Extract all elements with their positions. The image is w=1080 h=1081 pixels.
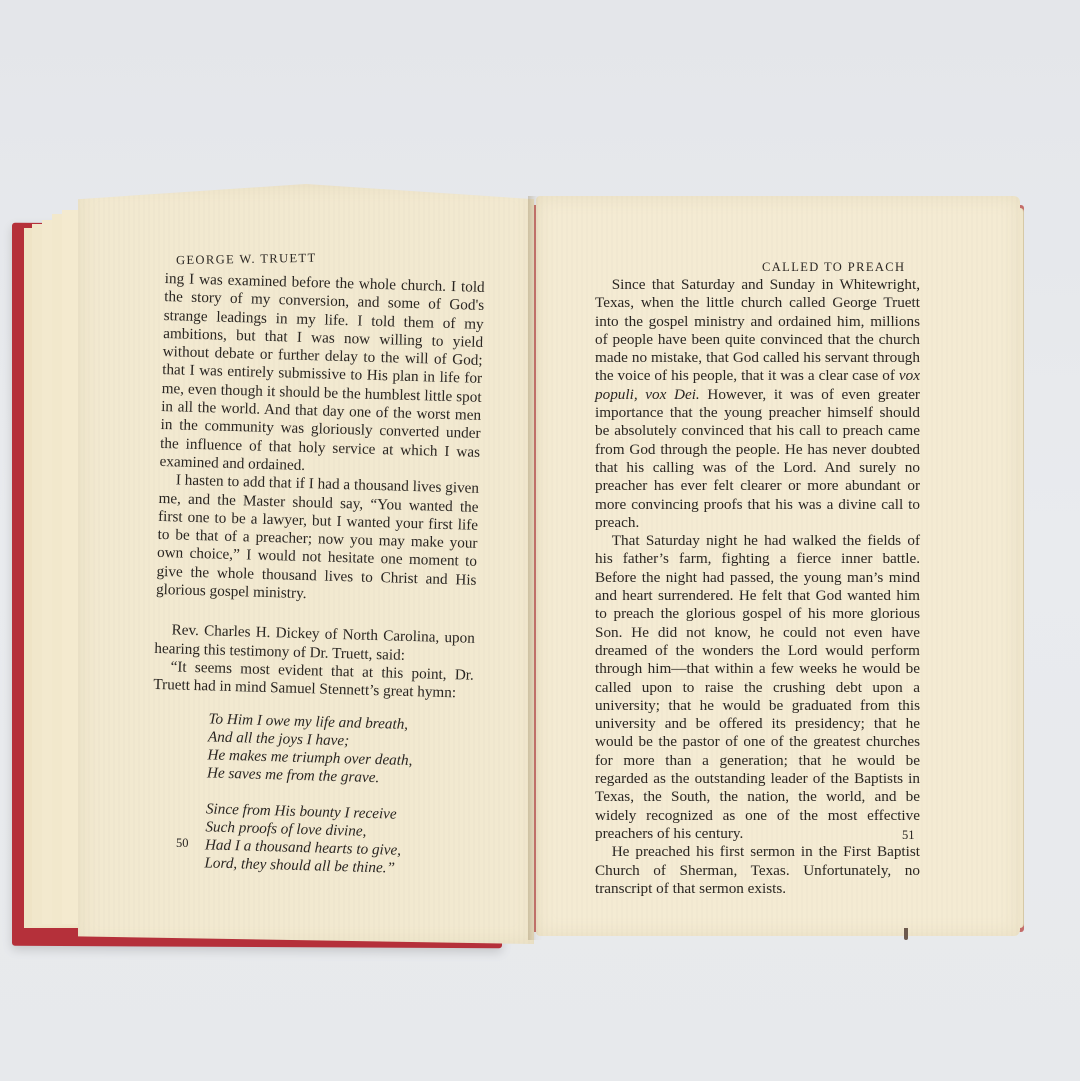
page-number-left: 50 [176, 836, 189, 851]
running-head-right: CALLED TO PREACH [762, 260, 905, 275]
left-page-text: ing I was examined before the whole chur… [148, 270, 485, 879]
paragraph: ing I was examined before the whole chur… [159, 270, 484, 480]
paragraph: He preached his first sermon in the Firs… [595, 843, 920, 898]
right-page-text: Since that Saturday and Sunday in Whitew… [595, 276, 920, 898]
running-head-left: GEORGE W. TRUETT [176, 251, 317, 268]
bookmark-ribbon [904, 928, 908, 940]
paragraph-text: However, it was of even greater importan… [595, 386, 920, 531]
paragraph-text: Since that Saturday and Sunday in Whitew… [595, 276, 920, 384]
hymn-verse: To Him I owe my life and breath, And all… [204, 710, 472, 879]
book-gutter [528, 196, 542, 940]
paragraph: I hasten to add that if I had a thousand… [156, 471, 479, 608]
paragraph: That Saturday night he had walked the fi… [595, 532, 920, 843]
photo-scene: GEORGE W. TRUETT ing I was examined befo… [0, 0, 1080, 1081]
page-number-right: 51 [902, 828, 915, 843]
paragraph: Since that Saturday and Sunday in Whitew… [595, 276, 920, 532]
